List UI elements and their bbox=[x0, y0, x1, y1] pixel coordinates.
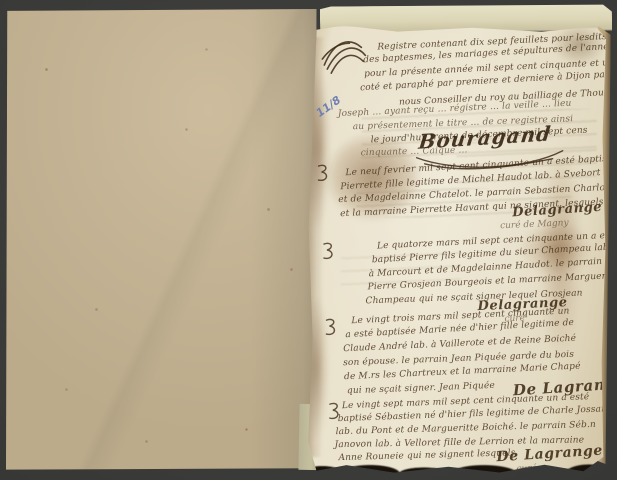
paper-speckles bbox=[6, 9, 7, 10]
manuscript-page: 11/8 Registre contenant dix sept feuille… bbox=[304, 23, 607, 475]
entry-mark-icon bbox=[322, 241, 336, 261]
charred-bottom-edge bbox=[304, 458, 604, 475]
entry-mark-icon bbox=[316, 163, 330, 183]
signature-title: curé de Magny bbox=[500, 219, 569, 231]
manuscript-line: qui ne sçait signer. Jean Piquée bbox=[347, 382, 495, 396]
entry-mark-icon bbox=[324, 317, 338, 337]
manuscript-line: lab. du Pont et de Margueritte Boiché. l… bbox=[336, 421, 596, 437]
cover-page bbox=[6, 9, 319, 471]
archive-scan-photo: 11/8 Registre contenant dix sept feuille… bbox=[0, 0, 617, 480]
signature: Delagrange bbox=[512, 201, 603, 220]
paraph-flourish-icon bbox=[319, 35, 369, 77]
